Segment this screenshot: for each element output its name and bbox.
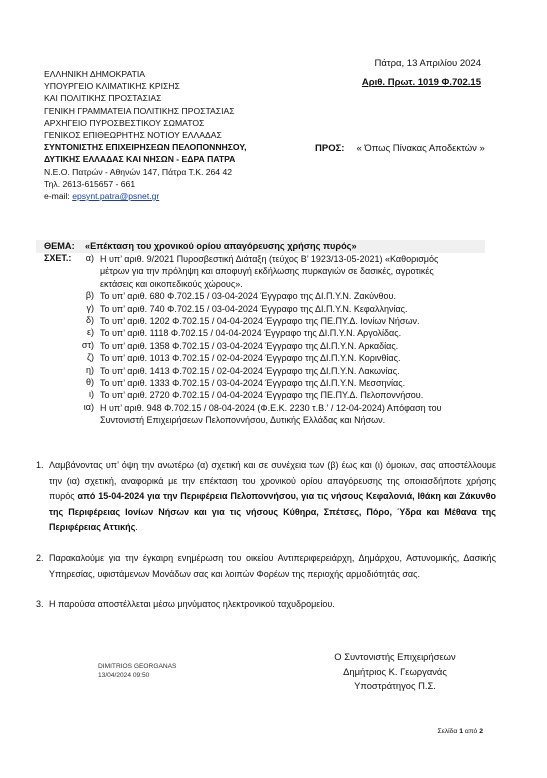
reference-letter: ε): [70, 327, 94, 337]
reference-text: Το υπ’ αριθ. 1013 Φ.702.15 / 02-04-2024 …: [100, 352, 442, 364]
sender-line: ΥΠΟΥΡΓΕΙΟ ΚΛΙΜΑΤΙΚΗΣ ΚΡΙΣΗΣ: [44, 80, 247, 92]
page-indicator: Σελίδα 1 από 2: [438, 728, 484, 735]
reference-letter: η): [70, 365, 94, 375]
reference-text: Το υπ’ αριθ. 1413 Φ.702.15 / 02-04-2024 …: [100, 365, 442, 377]
page-total: 2: [479, 728, 483, 735]
stamp-name: DIMITRIOS GEORGANAS: [98, 662, 176, 671]
recipient-value: « Όπως Πίνακας Αποδεκτών »: [356, 143, 484, 154]
page-sep: από: [463, 728, 479, 735]
reference-item: στ)Το υπ’ αριθ. 1358 Φ.702.15 / 03-04-20…: [44, 340, 442, 352]
reference-letter: β): [70, 290, 94, 300]
reference-item: ι)Το υπ’ αριθ. 2720 Φ.702.15 / 04-04-202…: [44, 389, 442, 401]
signature-name: Δημήτριος Κ. Γεωργανάς: [320, 665, 470, 680]
reference-text: εκτάσεις και οικοπεδικούς χώρους».: [100, 278, 442, 290]
reference-item: η)Το υπ’ αριθ. 1413 Φ.702.15 / 02-04-202…: [44, 365, 442, 377]
sender-line: ΓΕΝΙΚΗ ΓΡΑΜΜΑΤΕΙΑ ΠΟΛΙΤΙΚΗΣ ΠΡΟΣΤΑΣΙΑΣ: [44, 105, 247, 117]
reference-item: δ)Το υπ’ αριθ. 1202 Φ.702.15 / 04-04-202…: [44, 315, 442, 327]
references-label: ΣΧΕΤ.:: [44, 253, 71, 263]
paragraph-1: 1. Λαμβάνοντας υπ’ όψη την ανωτέρω (α) σ…: [36, 458, 496, 536]
sender-phone: Τηλ. 2613-615657 - 661: [44, 178, 247, 190]
references-list: ΣΧΕΤ.:α)Η υπ’ αριθ. 9/2021 Πυροσβεστική …: [44, 253, 442, 427]
reference-text: Το υπ’ αριθ. 1333 Φ.702.15 / 03-04-2024 …: [100, 377, 442, 389]
reference-text: Η υπ’ αριθ. 948 Φ.702.15 / 08-04-2024 (Φ…: [100, 402, 442, 414]
reference-item: ε)Το υπ’ αριθ. 1118 Φ.702.15 / 04-04-202…: [44, 327, 442, 339]
reference-item: ια)Η υπ’ αριθ. 948 Φ.702.15 / 08-04-2024…: [44, 402, 442, 427]
reference-text: Το υπ’ αριθ. 1202 Φ.702.15 / 04-04-2024 …: [100, 315, 442, 327]
signature-rank: Υποστράτηγος Π.Σ.: [320, 679, 470, 694]
page-prefix: Σελίδα: [438, 728, 460, 735]
sender-address: Ν.Ε.Ο. Πατρών - Αθηνών 147, Πάτρα Τ.Κ. 2…: [44, 166, 247, 178]
reference-text: Το υπ’ αριθ. 740 Φ.702.15 / 03-04-2024 Έ…: [100, 303, 442, 315]
email-link[interactable]: epsynt.patra@psnet.gr: [72, 191, 159, 201]
paragraph-2: 2. Παρακαλούμε για την έγκαιρη ενημέρωση…: [36, 551, 496, 582]
sender-line: ΑΡΧΗΓΕΙΟ ΠΥΡΟΣΒΕΣΤΙΚΟΥ ΣΩΜΑΤΟΣ: [44, 117, 247, 129]
reference-letter: ι): [70, 389, 94, 399]
protocol-number: Αριθ. Πρωτ. 1019 Φ.702.15: [362, 77, 481, 89]
reference-letter: α): [70, 253, 94, 263]
reference-item: ζ)Το υπ’ αριθ. 1013 Φ.702.15 / 02-04-202…: [44, 352, 442, 364]
paragraph-text: Η παρούσα αποστέλλεται μέσω μηνύματος ηλ…: [49, 597, 496, 613]
sender-unit-line: ΔΥΤΙΚΗΣ ΕΛΛΑΔΑΣ ΚΑΙ ΝΗΣΩΝ - ΕΔΡΑ ΠΑΤΡΑ: [44, 153, 247, 165]
reference-item: ΣΧΕΤ.:α)Η υπ’ αριθ. 9/2021 Πυροσβεστική …: [44, 253, 442, 290]
paragraph-number: 1.: [36, 458, 44, 474]
reference-item: θ)Το υπ’ αριθ. 1333 Φ.702.15 / 03-04-202…: [44, 377, 442, 389]
sender-line: ΓΕΝΙΚΟΣ ΕΠΙΘΕΩΡΗΤΗΣ ΝΟΤΙΟΥ ΕΛΛΑΔΑΣ: [44, 129, 247, 141]
sender-email-row: e-mail: epsynt.patra@psnet.gr: [44, 190, 247, 202]
reference-text: Το υπ’ αριθ. 1118 Φ.702.15 / 04-04-2024 …: [100, 327, 442, 339]
paragraph-text: Λαμβάνοντας υπ’ όψη την ανωτέρω (α) σχετ…: [49, 458, 496, 536]
paragraph-number: 3.: [36, 597, 44, 613]
sender-unit-line: ΣΥΝΤΟΝΙΣΤΗΣ ΕΠΙΧΕΙΡΗΣΕΩΝ ΠΕΛΟΠΟΝΝΗΣΟΥ,: [44, 141, 247, 153]
reference-text: μέτρων για την πρόληψη και αποφυγή εκδήλ…: [100, 265, 442, 277]
reference-text: Συντονιστή Επιχειρήσεων Πελοποννήσου, Δυ…: [100, 414, 442, 426]
subject-row: ΘΕΜΑ:«Επέκταση του χρονικού ορίου απαγόρ…: [44, 240, 357, 252]
paragraph-text: Παρακαλούμε για την έγκαιρη ενημέρωση το…: [49, 551, 496, 582]
reference-letter: γ): [70, 303, 94, 313]
reference-item: γ)Το υπ’ αριθ. 740 Φ.702.15 / 03-04-2024…: [44, 303, 442, 315]
sender-line: ΕΛΛΗΝΙΚΗ ΔΗΜΟΚΡΑΤΙΑ: [44, 68, 247, 80]
subject-label: ΘΕΜΑ:: [44, 240, 85, 252]
signature-title: Ο Συντονιστής Επιχειρήσεων: [320, 650, 470, 665]
reference-letter: ια): [70, 402, 94, 412]
paragraph-3: 3. Η παρούσα αποστέλλεται μέσω μηνύματος…: [36, 597, 496, 613]
reference-text: Το υπ’ αριθ. 680 Φ.702.15 / 03-04-2024 Έ…: [100, 290, 442, 302]
place-date: Πάτρα, 13 Απριλίου 2024: [375, 58, 481, 70]
paragraph-number: 2.: [36, 551, 44, 567]
paragraph-end: .: [135, 522, 138, 532]
reference-item: β)Το υπ’ αριθ. 680 Φ.702.15 / 03-04-2024…: [44, 290, 442, 302]
signature-block: Ο Συντονιστής Επιχειρήσεων Δημήτριος Κ. …: [320, 650, 470, 694]
email-label: e-mail:: [44, 191, 72, 201]
reference-letter: στ): [70, 340, 94, 350]
recipient: ΠΡΟΣ:« Όπως Πίνακας Αποδεκτών »: [315, 143, 485, 155]
reference-text: Το υπ’ αριθ. 2720 Φ.702.15 / 04-04-2024 …: [100, 389, 442, 401]
sender-block: ΕΛΛΗΝΙΚΗ ΔΗΜΟΚΡΑΤΙΑ ΥΠΟΥΡΓΕΙΟ ΚΛΙΜΑΤΙΚΗΣ…: [44, 68, 247, 202]
reference-text: Η υπ’ αριθ. 9/2021 Πυροσβεστική Διάταξη …: [100, 253, 442, 265]
digital-signature-stamp: DIMITRIOS GEORGANAS 13/04/2024 09:50: [98, 662, 176, 680]
reference-letter: ζ): [70, 352, 94, 362]
body-paragraphs: 1. Λαμβάνοντας υπ’ όψη την ανωτέρω (α) σ…: [36, 458, 496, 628]
sender-line: ΚΑΙ ΠΟΛΙΤΙΚΗΣ ΠΡΟΣΤΑΣΙΑΣ: [44, 92, 247, 104]
reference-text: Το υπ’ αριθ. 1358 Φ.702.15 / 03-04-2024 …: [100, 340, 442, 352]
stamp-datetime: 13/04/2024 09:50: [98, 671, 176, 680]
reference-letter: δ): [70, 315, 94, 325]
recipient-label: ΠΡΟΣ:: [315, 143, 344, 154]
reference-letter: θ): [70, 377, 94, 387]
subject-text: «Επέκταση του χρονικού ορίου απαγόρευσης…: [85, 241, 357, 251]
paragraph-bold: από 15-04-2024 για την Περιφέρεια Πελοπο…: [49, 491, 496, 532]
